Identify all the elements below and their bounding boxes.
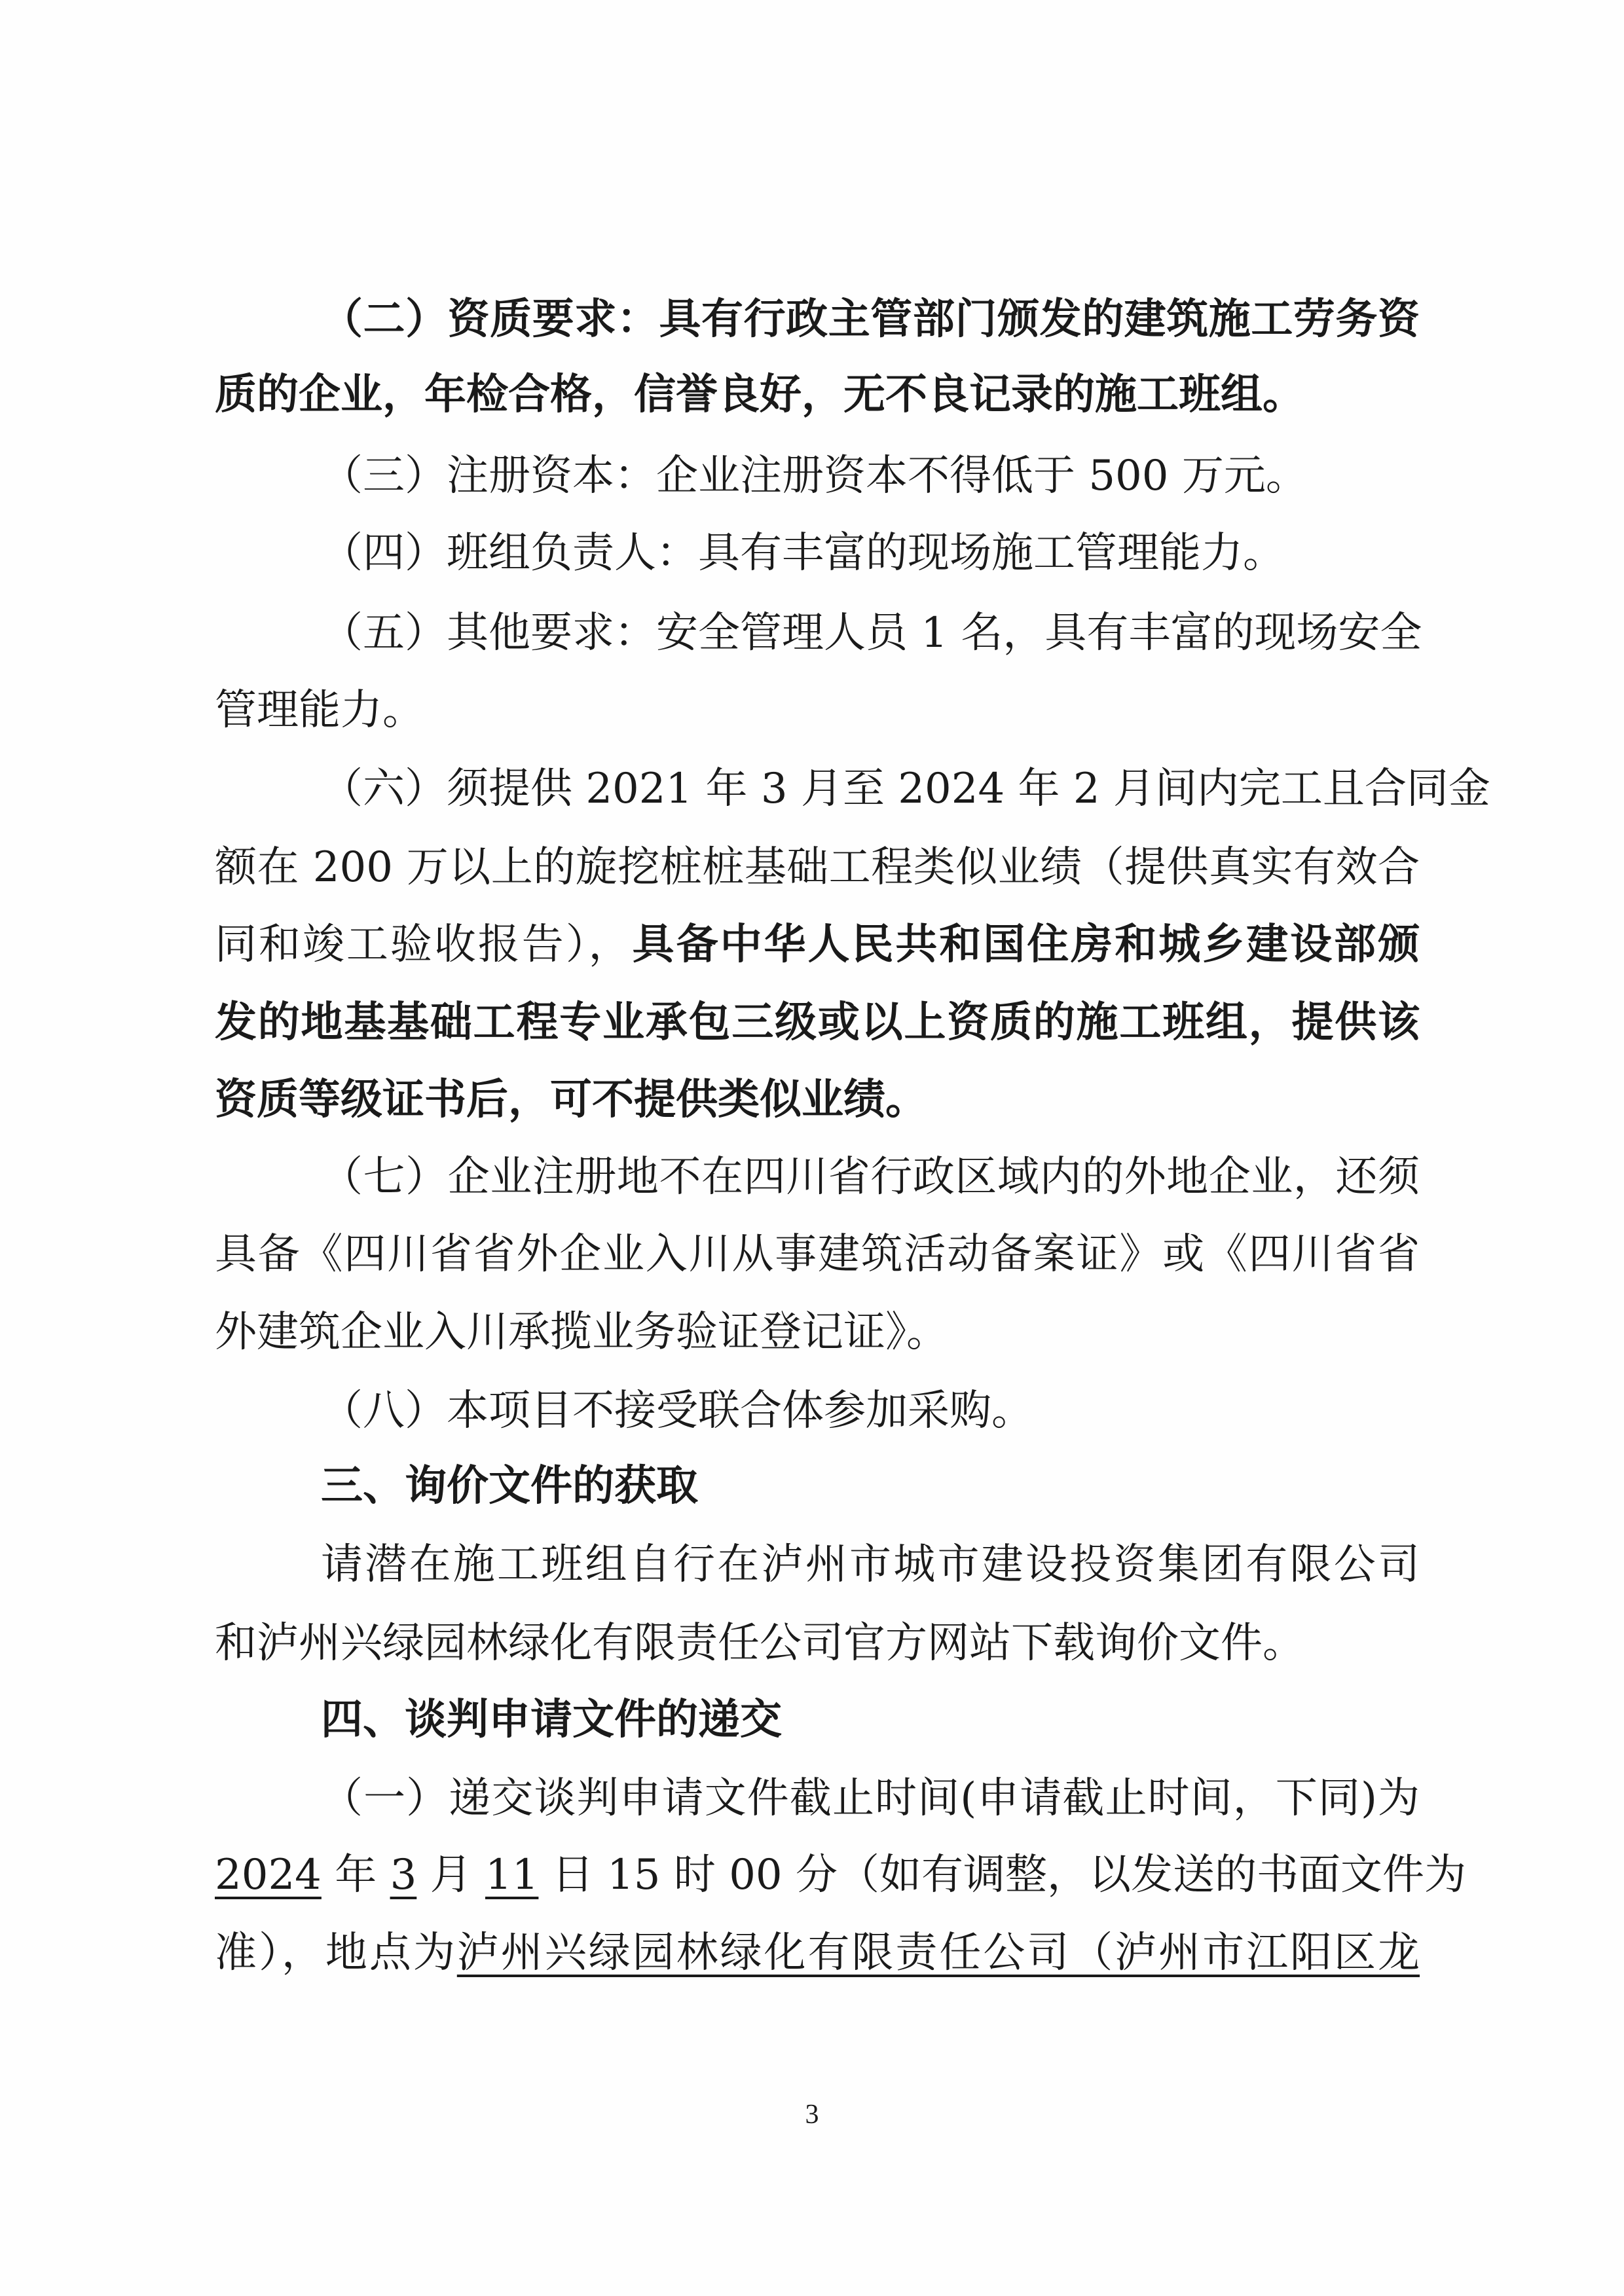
requirement-2-line-2: 质的企业，年检合格，信誉良好，无不良记录的施工班组。: [215, 359, 1420, 431]
page-number: 3: [799, 2098, 825, 2131]
deadline-year-suffix: 年: [322, 1851, 390, 1899]
deadline-rest: 日 15 时 00 分（如有调整，以发送的书面文件为: [538, 1851, 1466, 1899]
deadline-day: 11: [485, 1851, 538, 1899]
location-underlined: 泸州兴绿园林绿化有限责任公司（泸州市江阳区龙: [457, 1929, 1420, 1977]
deadline-month-suffix: 月: [416, 1851, 485, 1899]
requirement-8-no-consortium: （八）本项目不接受联合体参加采购。: [321, 1375, 1420, 1447]
section-3-heading: 三、询价文件的获取: [321, 1450, 1420, 1522]
requirement-6-line-3-bold: 具备中华人民共和国住房和城乡建设部颁: [633, 920, 1420, 969]
requirement-4-team-leader: （四）班组负责人：具有丰富的现场施工管理能力。: [321, 517, 1420, 589]
requirement-7-line-3: 外建筑企业入川承揽业务验证登记证》。: [215, 1296, 1420, 1368]
deadline-month: 3: [390, 1851, 417, 1899]
section-3-body-line-1: 请潜在施工班组自行在泸州市城市建设投资集团有限公司: [321, 1529, 1420, 1601]
requirement-6-line-1: （六）须提供 2021 年 3 月至 2024 年 2 月间内完工且合同金: [321, 753, 1420, 825]
requirement-6-line-3-normal: 同和竣工验收报告），: [215, 920, 633, 969]
document-page: （二）资质要求：具有行政主管部门颁发的建筑施工劳务资 质的企业，年检合格，信誉良…: [0, 0, 1624, 2296]
section-4-item-1-line-1: （一）递交谈判申请文件截止时间(申请截止时间，下同)为: [321, 1762, 1420, 1834]
section-4-item-1-location-line: 准），地点为泸州兴绿园林绿化有限责任公司（泸州市江阳区龙: [215, 1917, 1420, 1989]
requirement-5-line-1: （五）其他要求：安全管理人员 1 名，具有丰富的现场安全: [321, 597, 1420, 669]
requirement-5-line-2: 管理能力。: [215, 674, 1420, 746]
section-4-item-1-deadline-line: 2024 年 3 月 11 日 15 时 00 分（如有调整，以发送的书面文件为: [215, 1839, 1420, 1911]
requirement-2-line-1: （二）资质要求：具有行政主管部门颁发的建筑施工劳务资: [321, 283, 1420, 355]
requirement-6-line-4: 发的地基基础工程专业承包三级或以上资质的施工班组，提供该: [215, 987, 1420, 1059]
section-4-heading: 四、谈判申请文件的递交: [321, 1684, 1420, 1756]
requirement-7-line-1: （七）企业注册地不在四川省行政区域内的外地企业，还须: [321, 1141, 1420, 1213]
requirement-6-line-5: 资质等级证书后，可不提供类似业绩。: [215, 1064, 1420, 1136]
requirement-7-line-2: 具备《四川省省外企业入川从事建筑活动备案证》或《四川省省: [215, 1218, 1420, 1290]
requirement-3-registered-capital: （三）注册资本：企业注册资本不得低于 500 万元。: [321, 440, 1420, 512]
location-prefix: 准），地点为: [215, 1929, 457, 1977]
requirement-6-line-3: 同和竣工验收报告），具备中华人民共和国住房和城乡建设部颁: [215, 909, 1420, 981]
deadline-year: 2024: [215, 1851, 322, 1899]
requirement-6-line-2: 额在 200 万以上的旋挖桩桩基础工程类似业绩（提供真实有效合: [215, 831, 1420, 903]
section-3-body-line-2: 和泸州兴绿园林绿化有限责任公司官方网站下载询价文件。: [215, 1607, 1420, 1679]
